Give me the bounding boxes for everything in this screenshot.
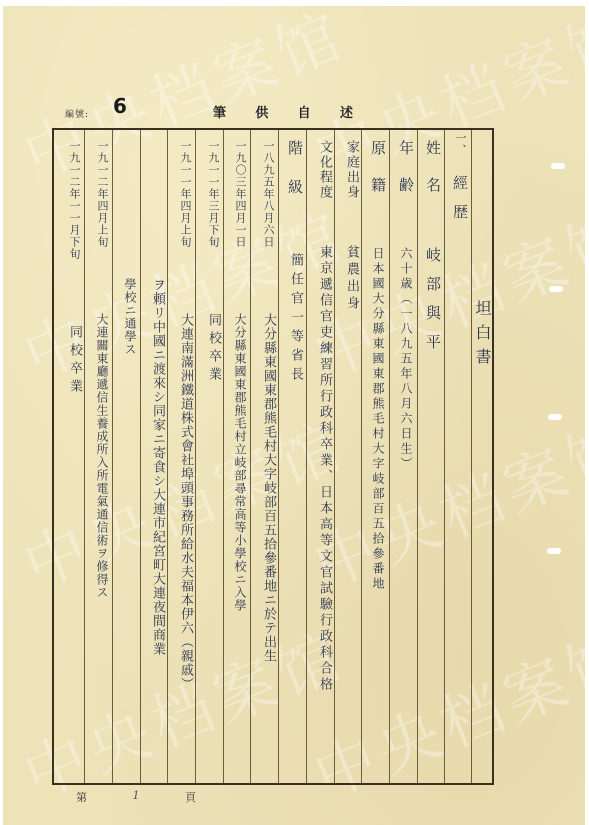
history-continuation: 學校ニ通學ス: [112, 130, 140, 783]
field-education: 文化程度 東京遞信官吏練習所行政科卒業、日本高等文官試驗行政科合格: [306, 130, 334, 783]
form-title-char: 述: [340, 102, 353, 121]
history-entry-continued: ヲ頼リ中國ニ渡來シ同家ニ寄食シ大連市紀宮町大連夜間商業: [150, 278, 165, 656]
field-rank: 階級 簡任官一等省長: [278, 130, 306, 783]
binding-hole: [547, 548, 561, 554]
binding-hole: [551, 163, 565, 169]
history-entry: 大分縣東國東郡熊毛村大字岐部百五拾參番地ニ於テ出生: [261, 313, 276, 663]
field-label: 姓名: [424, 140, 442, 214]
history-entry-continued: 學校ニ通學ス: [123, 278, 137, 356]
history-entry: 同校卒業: [67, 325, 82, 397]
form-title-char: 供: [255, 102, 268, 121]
field-label: 年齢: [397, 140, 415, 214]
form-title-char: 筆: [213, 102, 226, 121]
history-entry: 大連南滿洲鐵道株式會社埠頭事務所給水夫福本伊六（親戚）: [178, 313, 193, 691]
page-suffix: 頁: [185, 789, 196, 805]
binding-hole: [549, 286, 563, 292]
document-page: 中央档案馆 中央档案馆 中央档案馆 中央档案馆 中央档案馆 中央档案馆 中央档案…: [3, 6, 585, 825]
history-date: 一九一二年一一月下旬: [68, 140, 81, 260]
document-title: 坦白書: [473, 300, 492, 372]
section-heading-column: 一、 經歴: [444, 130, 471, 783]
field-value: 岐部與平: [424, 247, 442, 363]
field-value: 簡任官一等省長: [288, 253, 303, 386]
field-value: 六十歳（一八九五年八月六日生）: [399, 247, 413, 472]
history-date: 一九一一年三月下旬: [207, 140, 220, 248]
field-label: 文化程度: [317, 140, 332, 200]
field-value: 日本國大分縣東國東郡熊毛村大字岐部百五拾參番地: [371, 247, 385, 592]
history-row: 一九一二年四月上旬 大連關東廳遞信生養成所入所電氣通信術ヲ修得ス: [84, 130, 112, 783]
history-row: 一八九五年八月六日 大分縣東國東郡熊毛村大字岐部百五拾參番地ニ於テ出生: [250, 130, 278, 783]
page-prefix: 第: [76, 789, 87, 805]
section-heading: 經歴: [451, 175, 469, 233]
field-age: 年齢 六十歳（一八九五年八月六日生）: [389, 130, 417, 783]
history-row: 一九一二年一一月下旬 同校卒業: [54, 130, 84, 783]
section-marker: 一、: [454, 132, 467, 156]
page-number: 第 1 頁: [76, 789, 196, 805]
history-entry: 大分縣東國東郡熊毛村立岐部尋常高等小學校ニ入學: [233, 313, 247, 612]
ruled-form-table: 坦白書 一、 經歴 姓名 岐部與平 年齢 六十歳（一八九五年八月六日生） 原籍 …: [52, 128, 494, 785]
field-label: 家庭出身: [344, 140, 359, 200]
field-label: 原籍: [369, 140, 387, 214]
page-value: 1: [133, 789, 140, 805]
history-entry: 大連關東廳遞信生養成所入所電氣通信術ヲ修得ス: [95, 313, 109, 599]
history-date: 一八九五年八月六日: [262, 140, 275, 248]
binding-hole: [548, 414, 562, 420]
field-name: 姓名 岐部與平: [417, 130, 444, 783]
history-date: 一九一二年四月上旬: [96, 140, 109, 248]
history-row: 一九〇三年四月一日 大分縣東國東郡熊毛村立岐部尋常高等小學校ニ入學: [223, 130, 250, 783]
field-domicile: 原籍 日本國大分縣東國東郡熊毛村大字岐部百五拾參番地: [361, 130, 389, 783]
title-column: 坦白書: [471, 130, 494, 783]
history-continuation: ヲ頼リ中國ニ渡來シ同家ニ寄食シ大連市紀宮町大連夜間商業: [140, 130, 167, 783]
field-value: 貧農出身: [344, 245, 359, 313]
history-date: 一九一一年四月上旬: [179, 140, 192, 248]
field-label: 階級: [286, 140, 304, 218]
form-title-char: 自: [298, 102, 311, 121]
history-entry: 同校卒業: [206, 313, 221, 385]
file-number-value: 6: [113, 94, 127, 118]
history-row: 一九一一年四月上旬 大連南滿洲鐵道株式會社埠頭事務所給水夫福本伊六（親戚）: [167, 130, 195, 783]
form-title: 筆 供 自 述: [213, 102, 353, 121]
file-number-label: 編號:: [65, 107, 89, 120]
field-value: 東京遞信官吏練習所行政科卒業、日本高等文官試驗行政科合格: [317, 245, 332, 693]
history-date: 一九〇三年四月一日: [234, 140, 247, 248]
field-family-background: 家庭出身 貧農出身: [334, 130, 361, 783]
history-row: 一九一一年三月下旬 同校卒業: [195, 130, 223, 783]
